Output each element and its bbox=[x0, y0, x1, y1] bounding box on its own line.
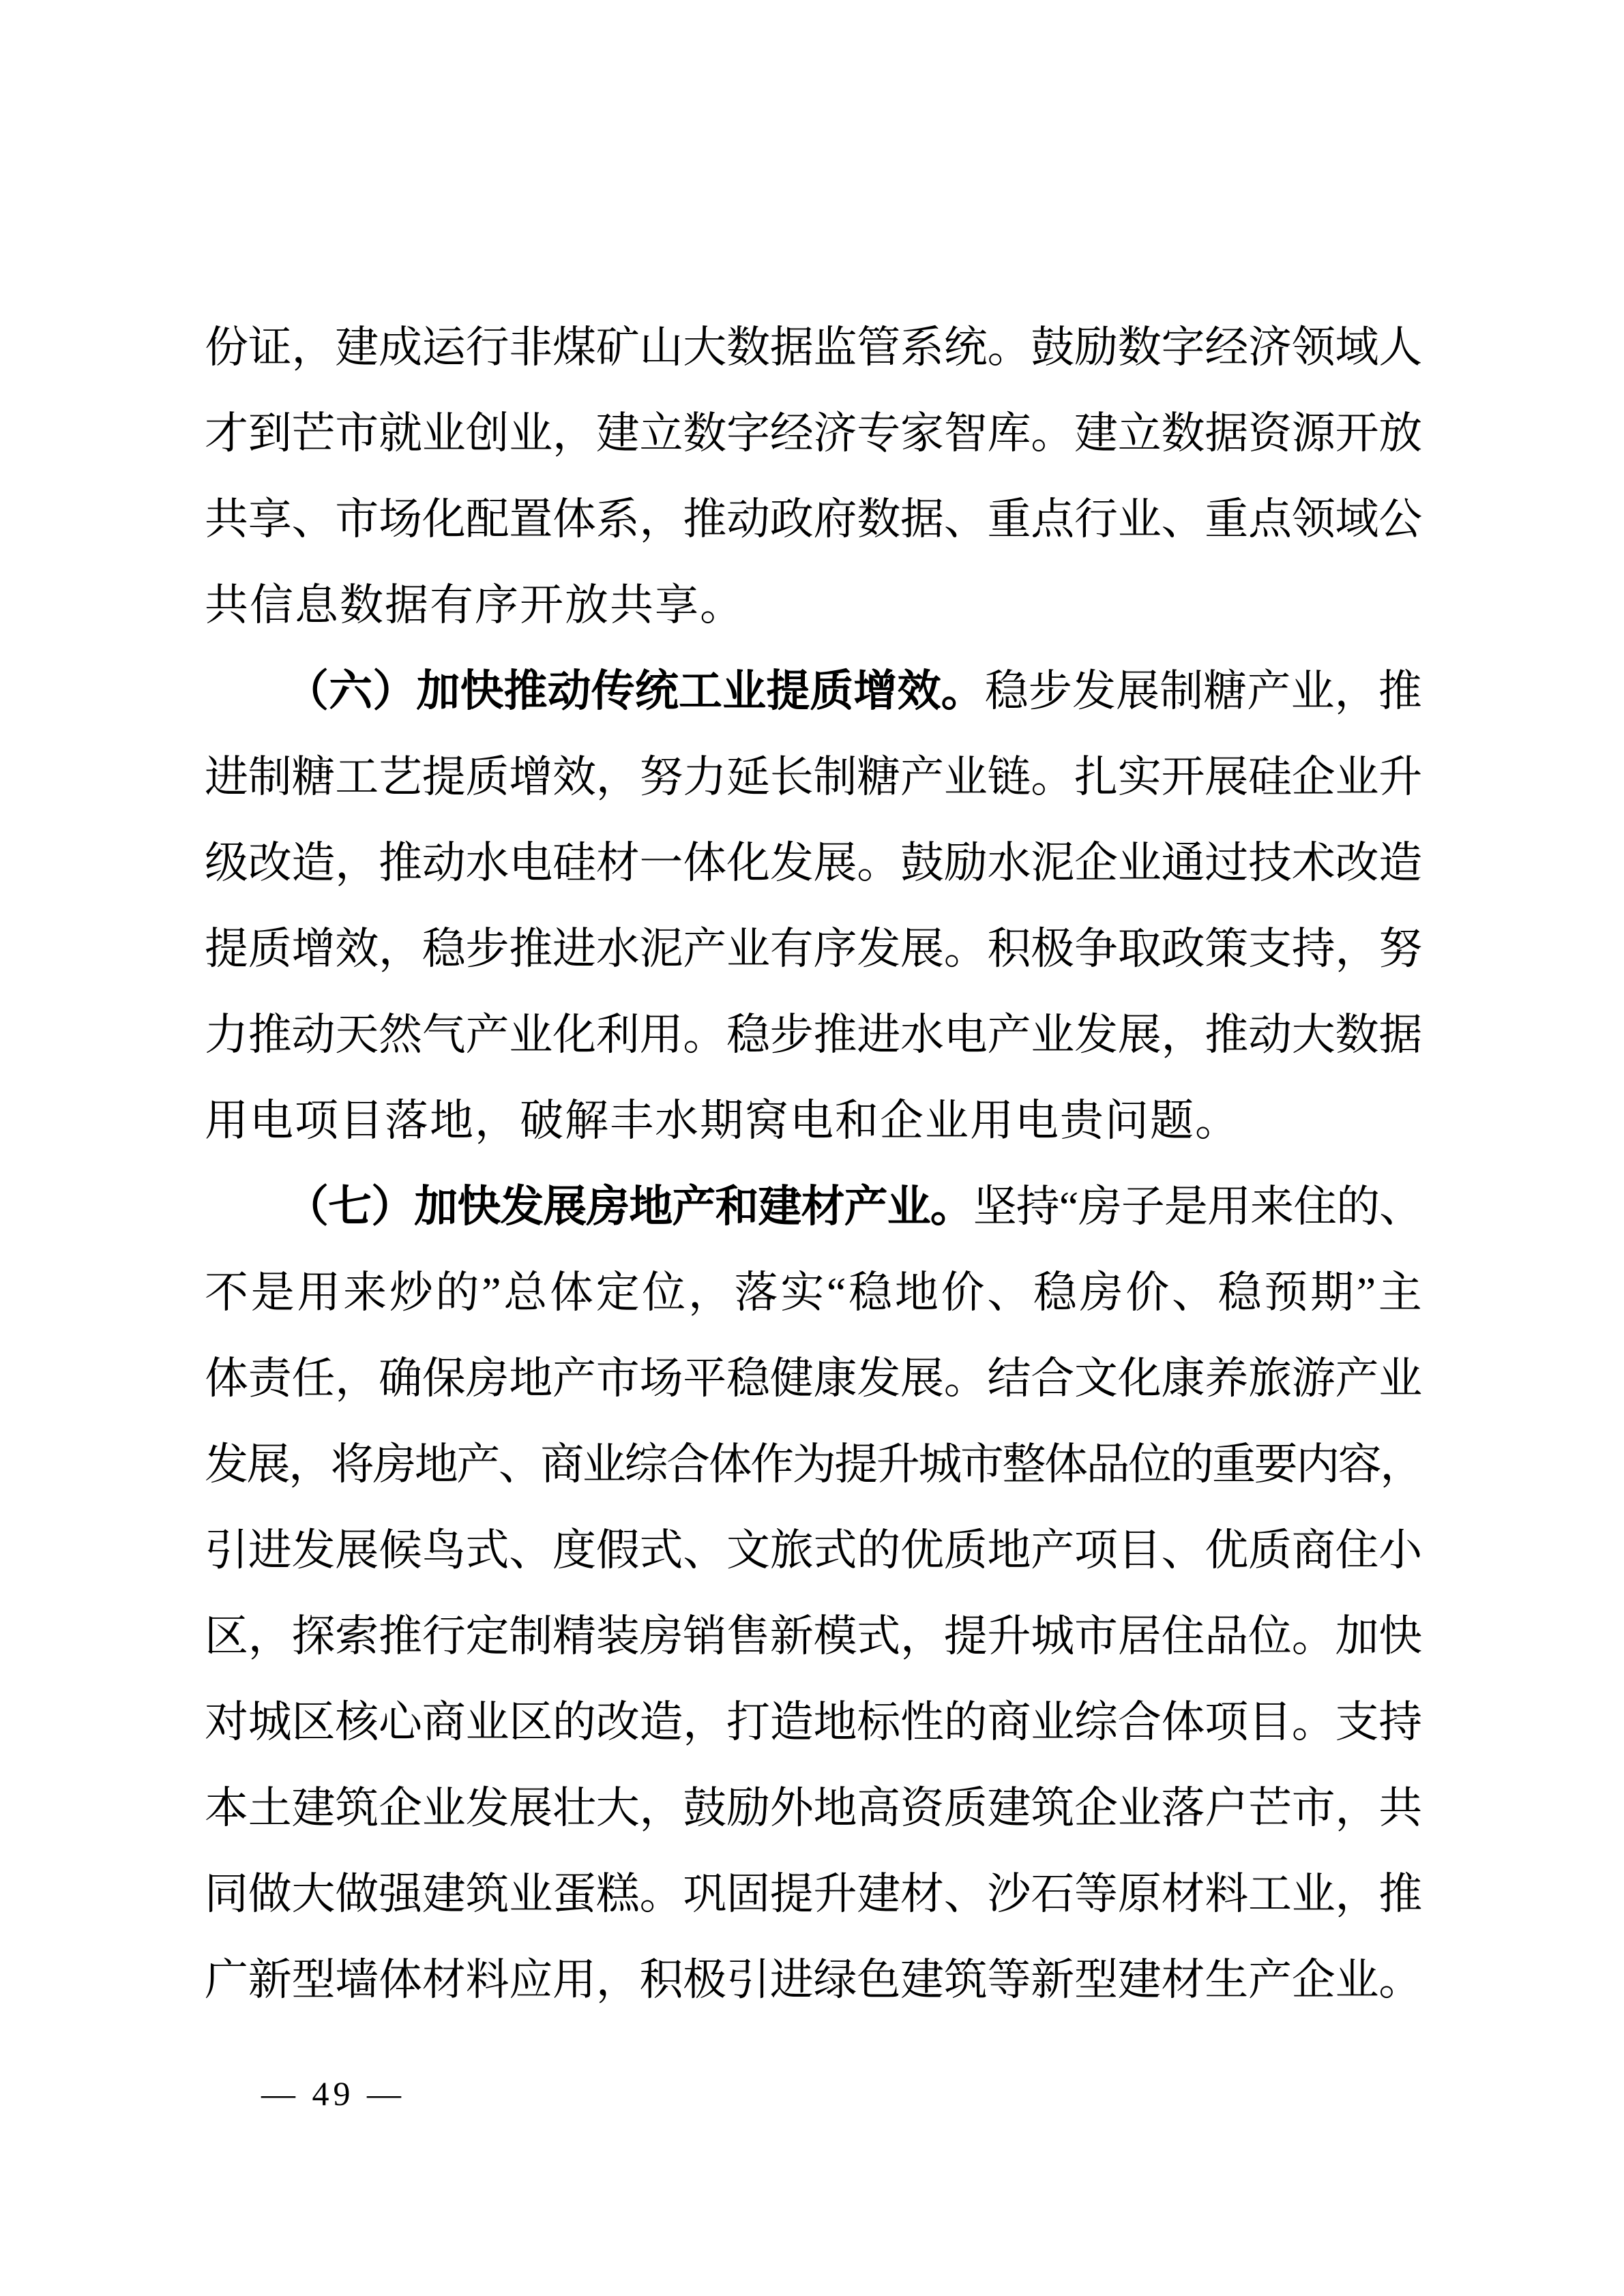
body-char: 就 bbox=[379, 391, 422, 477]
body-char: 水 bbox=[466, 820, 510, 906]
body-char: 糖 bbox=[1203, 648, 1247, 734]
body-char: 稳 bbox=[726, 1336, 770, 1422]
body-text: 份证，建成运行非煤矿山大数据监管系统。鼓励数字经济领域人才到芒市就业创业，建立数… bbox=[205, 305, 1422, 2023]
body-char: 场 bbox=[640, 1336, 683, 1422]
body-char: 文 bbox=[1074, 1336, 1118, 1422]
body-char: 积 bbox=[640, 1937, 683, 2023]
body-char: 业 bbox=[1291, 648, 1335, 734]
body-char: ， bbox=[683, 1680, 726, 1765]
heading-char: 业 bbox=[887, 1164, 930, 1250]
body-char: 责 bbox=[248, 1336, 292, 1422]
page-number: — 49 — bbox=[261, 2073, 405, 2114]
body-char: 电 bbox=[944, 992, 988, 1078]
body-char: 模 bbox=[814, 1594, 857, 1680]
body-char: 主 bbox=[1378, 1250, 1422, 1336]
body-char: 引 bbox=[205, 1508, 248, 1594]
body-char: 升 bbox=[814, 1851, 857, 1937]
body-char: 业 bbox=[1118, 477, 1162, 563]
body-char: 励 bbox=[944, 820, 988, 906]
text-line: 提质增效，稳步推进水泥产业有序发展。积极争取政策支持，努 bbox=[205, 906, 1422, 992]
body-char: 水 bbox=[900, 992, 944, 1078]
body-char: 重 bbox=[1212, 1422, 1254, 1508]
body-char: 硅 bbox=[1248, 734, 1292, 820]
body-char: 养 bbox=[1205, 1336, 1248, 1422]
body-char: 体 bbox=[709, 1422, 751, 1508]
body-char: 智 bbox=[944, 391, 988, 477]
body-char: 新 bbox=[248, 1937, 292, 2023]
body-char: 企 bbox=[1292, 1937, 1335, 2023]
body-char: 效 bbox=[552, 734, 596, 820]
body-char: 点 bbox=[1248, 477, 1292, 563]
body-char: 子 bbox=[1121, 1164, 1164, 1250]
body-char: 展 bbox=[900, 906, 944, 992]
heading-char: 材 bbox=[801, 1164, 844, 1250]
body-char: 推 bbox=[1205, 992, 1248, 1078]
body-char: 业 bbox=[509, 1851, 552, 1937]
body-char: 做 bbox=[335, 1851, 379, 1937]
body-char: 做 bbox=[248, 1851, 292, 1937]
body-char: 极 bbox=[1031, 906, 1074, 992]
heading-char: 传 bbox=[591, 648, 635, 734]
heading-char: 建 bbox=[758, 1164, 801, 1250]
text-line: 共信息数据有序开放共享。 bbox=[205, 563, 1422, 648]
body-char: 数 bbox=[726, 305, 770, 391]
body-segment: 共信息数据有序开放共享。 bbox=[205, 563, 745, 648]
body-char: 核 bbox=[335, 1680, 379, 1765]
body-char: 候 bbox=[379, 1508, 422, 1594]
body-char: 升 bbox=[1378, 734, 1422, 820]
body-segment: 用电项目落地，破解丰水期窝电和企业用电贵问题。 bbox=[205, 1078, 1240, 1164]
body-char: 。 bbox=[857, 820, 900, 906]
body-char: 材 bbox=[596, 820, 640, 906]
body-char: 材 bbox=[422, 1937, 466, 2023]
body-char: 房 bbox=[1080, 1250, 1123, 1336]
body-char: 内 bbox=[1296, 1422, 1338, 1508]
body-char: 糕 bbox=[596, 1851, 640, 1937]
body-char: 糖 bbox=[857, 734, 900, 820]
body-char: 经 bbox=[1205, 305, 1248, 391]
body-char: 地 bbox=[814, 1765, 857, 1851]
body-char: ， bbox=[1335, 906, 1379, 992]
body-char: 增 bbox=[292, 906, 336, 992]
body-char: 推 bbox=[683, 477, 726, 563]
body-char: 推 bbox=[1378, 648, 1422, 734]
body-char: 通 bbox=[1162, 820, 1205, 906]
heading-char: 提 bbox=[766, 648, 810, 734]
body-char: 优 bbox=[900, 1508, 944, 1594]
body-char: 型 bbox=[292, 1937, 336, 2023]
body-char: 数 bbox=[1162, 391, 1205, 477]
body-char: 筑 bbox=[1031, 1765, 1074, 1851]
body-char: 造 bbox=[292, 820, 336, 906]
body-char: 然 bbox=[379, 992, 422, 1078]
body-char: 稳 bbox=[726, 992, 770, 1078]
body-char: 旅 bbox=[770, 1508, 814, 1594]
body-char: 进 bbox=[248, 1508, 292, 1594]
body-char: 进 bbox=[770, 1937, 814, 2023]
heading-char: ） bbox=[372, 648, 416, 734]
body-char: 市 bbox=[596, 1336, 640, 1422]
body-char: 型 bbox=[1074, 1937, 1118, 2023]
body-char: 稳 bbox=[422, 906, 466, 992]
body-char: 链 bbox=[988, 734, 1031, 820]
body-char: 气 bbox=[422, 992, 466, 1078]
body-char: 到 bbox=[248, 391, 292, 477]
body-char: 房 bbox=[1078, 1164, 1121, 1250]
body-char: 发 bbox=[205, 1422, 247, 1508]
body-char: 领 bbox=[1292, 477, 1335, 563]
body-char: 发 bbox=[466, 1765, 510, 1851]
body-char: 确 bbox=[379, 1336, 422, 1422]
heading-char: （ bbox=[285, 648, 329, 734]
body-char: 步 bbox=[1029, 648, 1072, 734]
body-char: 土 bbox=[248, 1765, 292, 1851]
body-char: 励 bbox=[726, 1765, 770, 1851]
body-char: 不 bbox=[205, 1250, 248, 1336]
body-char: 工 bbox=[1248, 1851, 1292, 1937]
body-char: 展 bbox=[900, 1336, 944, 1422]
body-char: 等 bbox=[1074, 1851, 1118, 1937]
body-char: 筑 bbox=[335, 1765, 379, 1851]
body-char: 。 bbox=[1378, 1937, 1422, 2023]
body-char: 动 bbox=[292, 992, 336, 1078]
body-char: 要 bbox=[1254, 1422, 1297, 1508]
body-char: ， bbox=[248, 1594, 292, 1680]
body-char: “ bbox=[827, 1250, 846, 1336]
body-char: 产 bbox=[552, 1336, 596, 1422]
body-char: ， bbox=[552, 391, 596, 477]
body-char: 改 bbox=[1335, 820, 1379, 906]
body-char: 作 bbox=[750, 1422, 793, 1508]
body-char: 。 bbox=[640, 1851, 683, 1937]
body-char: 非 bbox=[509, 305, 552, 391]
body-char: 升 bbox=[876, 1422, 919, 1508]
heading-char: 。 bbox=[941, 648, 985, 734]
body-char: 高 bbox=[857, 1765, 900, 1851]
body-char: 文 bbox=[726, 1508, 770, 1594]
body-char: 提 bbox=[834, 1422, 876, 1508]
body-char: 住 bbox=[1162, 1594, 1205, 1680]
body-char: 快 bbox=[1378, 1594, 1422, 1680]
body-char: 公 bbox=[1378, 477, 1422, 563]
body-char: 泥 bbox=[640, 906, 683, 992]
body-char: 绿 bbox=[814, 1937, 857, 2023]
text-line: 发展，将房地产、商业综合体作为提升城市整体品位的重要内容， bbox=[205, 1422, 1422, 1508]
heading-char: ） bbox=[371, 1164, 414, 1250]
body-char: 旅 bbox=[1248, 1336, 1292, 1422]
body-char: ， bbox=[1335, 1765, 1379, 1851]
body-char: 延 bbox=[726, 734, 770, 820]
body-char: 预 bbox=[1264, 1250, 1308, 1336]
heading-char: 工 bbox=[679, 648, 722, 734]
heading-char: 快 bbox=[460, 648, 503, 734]
body-char: 业 bbox=[509, 391, 552, 477]
body-char: 展 bbox=[1116, 648, 1160, 734]
body-char: 改 bbox=[596, 1680, 640, 1765]
body-char: 制 bbox=[509, 1594, 552, 1680]
heading-char: 业 bbox=[722, 648, 766, 734]
body-char: 将 bbox=[331, 1422, 373, 1508]
body-char: 价 bbox=[1125, 1250, 1169, 1336]
body-char: 房 bbox=[640, 1594, 683, 1680]
body-char: 体 bbox=[1044, 1422, 1087, 1508]
heading-char: （ bbox=[285, 1164, 328, 1250]
text-line: 引进发展候鸟式、度假式、文旅式的优质地产项目、优质商住小 bbox=[205, 1508, 1422, 1594]
body-char: 品 bbox=[1205, 1594, 1248, 1680]
body-char: 总 bbox=[503, 1250, 547, 1336]
body-char: 业 bbox=[1031, 992, 1074, 1078]
body-char: 监 bbox=[814, 305, 857, 391]
body-char: 体 bbox=[379, 1937, 422, 2023]
body-char: 业 bbox=[422, 1765, 466, 1851]
body-char: 建 bbox=[988, 1765, 1031, 1851]
body-char: 任 bbox=[292, 1336, 336, 1422]
body-char: 用 bbox=[640, 992, 683, 1078]
body-char: 产 bbox=[456, 1422, 499, 1508]
body-char: 式 bbox=[814, 1508, 857, 1594]
body-char: 用 bbox=[1207, 1164, 1250, 1250]
body-char: 区 bbox=[509, 1680, 552, 1765]
body-char: 点 bbox=[1031, 477, 1074, 563]
body-char: 的 bbox=[944, 1680, 988, 1765]
heading-char: 增 bbox=[853, 648, 897, 734]
body-char: 的 bbox=[1170, 1422, 1213, 1508]
body-char: 置 bbox=[509, 477, 552, 563]
body-char: 管 bbox=[857, 305, 900, 391]
body-char: 城 bbox=[918, 1422, 960, 1508]
heading-char: 六 bbox=[329, 648, 372, 734]
body-char: 力 bbox=[683, 734, 726, 820]
body-char: 位 bbox=[1128, 1422, 1170, 1508]
body-char: 芒 bbox=[1248, 1765, 1292, 1851]
body-char: 发 bbox=[1074, 992, 1118, 1078]
body-char: ， bbox=[640, 477, 683, 563]
body-char: 建 bbox=[335, 305, 379, 391]
body-char: 进 bbox=[857, 992, 900, 1078]
heading-char: 动 bbox=[548, 648, 591, 734]
body-char: 引 bbox=[726, 1937, 770, 2023]
body-char: 化 bbox=[1118, 1336, 1162, 1422]
body-char: 推 bbox=[509, 906, 552, 992]
body-char: 是 bbox=[1164, 1164, 1207, 1250]
body-char: 壮 bbox=[552, 1765, 596, 1851]
body-char: 企 bbox=[1292, 734, 1335, 820]
heading-char: 质 bbox=[810, 648, 853, 734]
body-char: 行 bbox=[466, 305, 510, 391]
body-char: 区 bbox=[292, 1680, 336, 1765]
body-char: 专 bbox=[857, 391, 900, 477]
body-char: 数 bbox=[857, 477, 900, 563]
body-char: 水 bbox=[596, 906, 640, 992]
body-char: 业 bbox=[726, 906, 770, 992]
body-char: 效 bbox=[335, 906, 379, 992]
body-char: 产 bbox=[1248, 1937, 1292, 2023]
body-char: 原 bbox=[1118, 1851, 1162, 1937]
body-char: 进 bbox=[552, 906, 596, 992]
body-char: 销 bbox=[683, 1594, 726, 1680]
body-char: 泥 bbox=[1031, 820, 1074, 906]
body-char: 产 bbox=[988, 992, 1031, 1078]
body-char: 提 bbox=[422, 734, 466, 820]
body-char: 数 bbox=[683, 391, 726, 477]
body-char: 合 bbox=[666, 1422, 709, 1508]
body-char: 城 bbox=[1031, 1594, 1074, 1680]
body-char: 地 bbox=[415, 1422, 457, 1508]
body-char: 持 bbox=[1378, 1680, 1422, 1765]
body-char: 加 bbox=[1335, 1594, 1379, 1680]
body-char: 展 bbox=[1118, 992, 1162, 1078]
body-char: 一 bbox=[640, 820, 683, 906]
body-char: 心 bbox=[379, 1680, 422, 1765]
body-char: 墙 bbox=[335, 1937, 379, 2023]
heading-char: 产 bbox=[844, 1164, 887, 1250]
body-char: 色 bbox=[857, 1937, 900, 2023]
body-char: 定 bbox=[466, 1594, 510, 1680]
body-char: 领 bbox=[1292, 305, 1335, 391]
body-char: 发 bbox=[857, 906, 900, 992]
body-char: 动 bbox=[1248, 992, 1292, 1078]
body-char: 质 bbox=[944, 1508, 988, 1594]
body-char: 项 bbox=[1205, 1680, 1248, 1765]
body-char: 增 bbox=[509, 734, 552, 820]
body-char: 才 bbox=[205, 391, 248, 477]
body-char: 价 bbox=[941, 1250, 985, 1336]
body-char: 制 bbox=[814, 734, 857, 820]
body-char: 度 bbox=[552, 1508, 596, 1594]
body-char: 体 bbox=[683, 820, 726, 906]
body-char: 创 bbox=[466, 391, 510, 477]
heading-char: 统 bbox=[635, 648, 679, 734]
body-char: 资 bbox=[900, 1765, 944, 1851]
body-char: 、 bbox=[944, 1851, 988, 1937]
body-char: 、 bbox=[1379, 1164, 1422, 1250]
text-line: 级改造，推动水电硅材一体化发展。鼓励水泥企业通过技术改造 bbox=[205, 820, 1422, 906]
body-char: 产 bbox=[466, 992, 510, 1078]
body-char: 区 bbox=[205, 1594, 248, 1680]
body-char: 索 bbox=[335, 1594, 379, 1680]
body-char: 开 bbox=[1335, 391, 1379, 477]
body-char: 目 bbox=[1118, 1508, 1162, 1594]
body-char: 策 bbox=[1205, 906, 1248, 992]
body-char: 享 bbox=[248, 477, 292, 563]
body-char: 商 bbox=[422, 1680, 466, 1765]
body-char: 商 bbox=[1292, 1508, 1335, 1594]
body-char: 的 bbox=[435, 1250, 479, 1336]
heading-char: 加 bbox=[414, 1164, 457, 1250]
body-char: 广 bbox=[205, 1937, 248, 2023]
body-char: 步 bbox=[466, 906, 510, 992]
body-char: 业 bbox=[1335, 734, 1379, 820]
body-char: 提 bbox=[770, 1851, 814, 1937]
body-char: 建 bbox=[422, 1851, 466, 1937]
body-char: 位 bbox=[642, 1250, 685, 1336]
body-char: 料 bbox=[1205, 1851, 1248, 1937]
body-char: ， bbox=[596, 1937, 640, 2023]
body-char: 体 bbox=[1162, 1680, 1205, 1765]
body-char: 据 bbox=[770, 305, 814, 391]
body-char: 硅 bbox=[552, 820, 596, 906]
body-char: 本 bbox=[205, 1765, 248, 1851]
body-char: 市 bbox=[1074, 1594, 1118, 1680]
body-char: 实 bbox=[780, 1250, 824, 1336]
body-char: 争 bbox=[1074, 906, 1118, 992]
text-line: 共享、市场化配置体系，推动政府数据、重点行业、重点领域公 bbox=[205, 477, 1422, 563]
body-char: 支 bbox=[1335, 1680, 1379, 1765]
body-char: 。 bbox=[1031, 391, 1074, 477]
body-char: 济 bbox=[1248, 305, 1292, 391]
body-char: 产 bbox=[683, 906, 726, 992]
body-char: 是 bbox=[251, 1250, 295, 1336]
body-char: 据 bbox=[1378, 992, 1422, 1078]
body-char: 建 bbox=[1074, 391, 1118, 477]
body-char: 技 bbox=[1248, 820, 1292, 906]
body-char: 综 bbox=[624, 1422, 666, 1508]
body-char: 质 bbox=[466, 734, 510, 820]
text-line: 对城区核心商业区的改造，打造地标性的商业综合体项目。支持 bbox=[205, 1680, 1422, 1765]
body-char: 坚 bbox=[973, 1164, 1016, 1250]
body-char: 稳 bbox=[848, 1250, 892, 1336]
body-char: 落 bbox=[735, 1250, 778, 1336]
body-char: 企 bbox=[1074, 1765, 1118, 1851]
body-char: 级 bbox=[205, 820, 248, 906]
body-char: 化 bbox=[422, 477, 466, 563]
body-char: 质 bbox=[248, 906, 292, 992]
body-char: 发 bbox=[770, 820, 814, 906]
body-char: 立 bbox=[640, 391, 683, 477]
body-char: 式 bbox=[857, 1594, 900, 1680]
body-char: 业 bbox=[422, 391, 466, 477]
body-char: 统 bbox=[944, 305, 988, 391]
body-char: 产 bbox=[900, 734, 944, 820]
heading-char: 发 bbox=[500, 1164, 543, 1250]
heading-char: 地 bbox=[629, 1164, 672, 1250]
body-char: ” bbox=[482, 1250, 501, 1336]
body-char: 质 bbox=[944, 1765, 988, 1851]
body-char: 外 bbox=[770, 1765, 814, 1851]
body-char: ， bbox=[688, 1250, 732, 1336]
body-char: 用 bbox=[552, 1937, 596, 2023]
body-char: 持 bbox=[1016, 1164, 1059, 1250]
body-char: 生 bbox=[1205, 1937, 1248, 2023]
body-char: 水 bbox=[988, 820, 1031, 906]
body-char: 装 bbox=[596, 1594, 640, 1680]
body-char: 为 bbox=[793, 1422, 835, 1508]
body-char: 业 bbox=[466, 1680, 510, 1765]
body-char: ， bbox=[335, 820, 379, 906]
text-line: 同做大做强建筑业蛋糕。巩固提升建材、沙石等原材料工业，推 bbox=[205, 1851, 1422, 1937]
body-char: 稳 bbox=[1218, 1250, 1262, 1336]
body-char: 鼓 bbox=[1031, 305, 1074, 391]
body-char: 业 bbox=[1292, 1851, 1335, 1937]
body-char: 大 bbox=[292, 1851, 336, 1937]
body-char: 数 bbox=[1335, 992, 1379, 1078]
body-char: 、 bbox=[944, 477, 988, 563]
body-char: 康 bbox=[814, 1336, 857, 1422]
body-char: 业 bbox=[509, 992, 552, 1078]
text-line: 力推动天然气产业化利用。稳步推进水电产业发展，推动大数据 bbox=[205, 992, 1422, 1078]
body-char: 业 bbox=[944, 734, 988, 820]
body-char: 体 bbox=[205, 1336, 248, 1422]
body-char: 。 bbox=[1292, 1594, 1335, 1680]
heading-char: 七 bbox=[328, 1164, 371, 1250]
body-char: 强 bbox=[379, 1851, 422, 1937]
body-char: 重 bbox=[1205, 477, 1248, 563]
body-char: 业 bbox=[1031, 1680, 1074, 1765]
heading-char: 。 bbox=[930, 1164, 973, 1250]
paragraph-first-line: （七）加快发展房地产和建材产业。坚持“房子是用来住的、 bbox=[205, 1164, 1422, 1250]
body-char: 共 bbox=[205, 477, 248, 563]
body-char: 新 bbox=[1031, 1937, 1074, 2023]
